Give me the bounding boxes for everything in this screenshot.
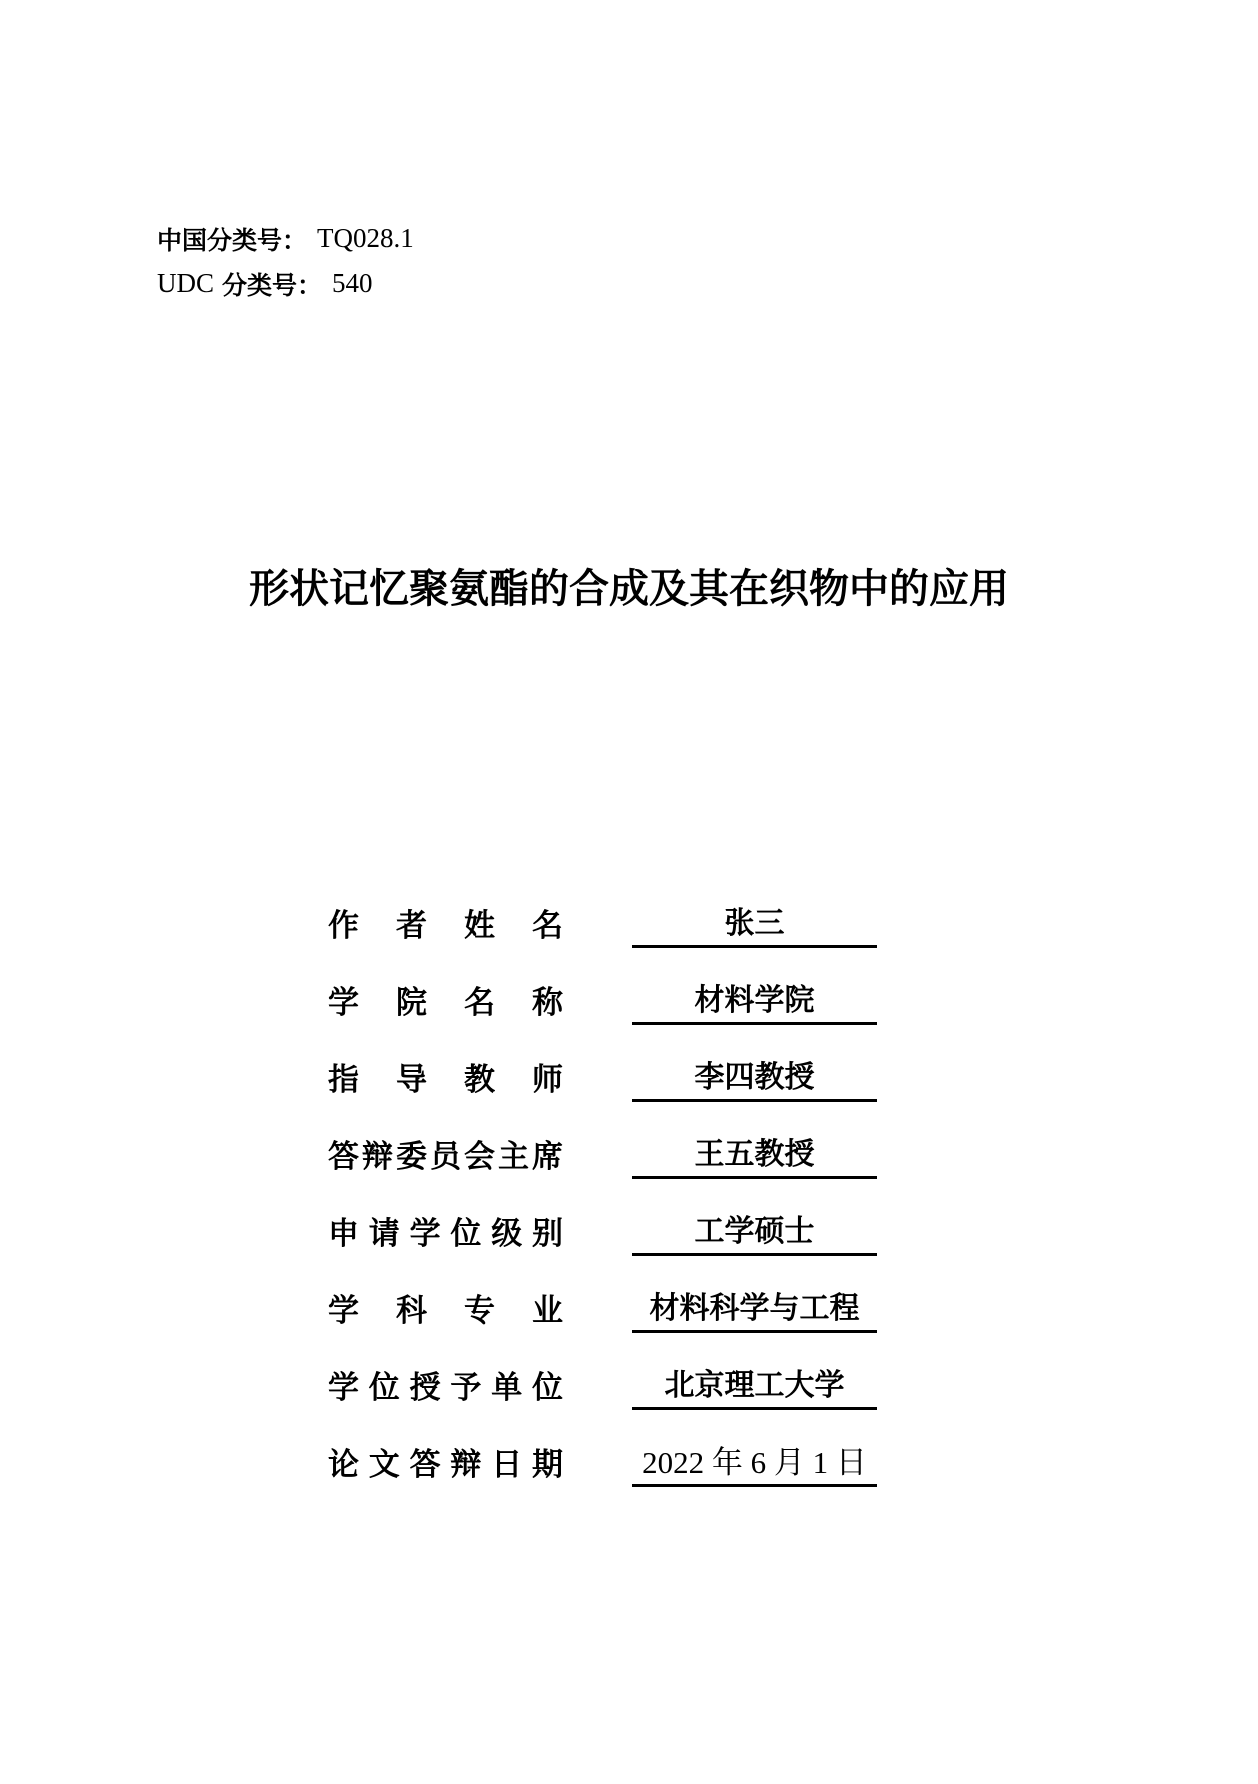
form-row: 作者姓名 张三 [328, 871, 877, 948]
field-label-degree-level: 申请学位级别 [328, 1179, 563, 1256]
field-gap [563, 1410, 632, 1487]
field-label-discipline: 学科专业 [328, 1256, 563, 1333]
field-label-defense-chair: 答辩委员会主席 [328, 1102, 563, 1179]
udc-classification-label: 分类号： [222, 266, 322, 302]
field-value-defense-date: 2022 年 6 月 1 日 [632, 1410, 877, 1487]
udc-classification-value: 540 [332, 268, 373, 299]
field-gap [563, 1025, 632, 1102]
cn-classification-line: 中国分类号： TQ028.1 [157, 216, 414, 261]
field-label-degree-granting-unit: 学位授予单位 [328, 1333, 563, 1410]
cn-classification-value: TQ028.1 [317, 223, 414, 254]
form-row: 申请学位级别 工学硕士 [328, 1179, 877, 1256]
field-value-degree-granting-unit: 北京理工大学 [632, 1333, 877, 1410]
field-value-school-name: 材料学院 [632, 948, 877, 1025]
field-value-discipline: 材料科学与工程 [632, 1256, 877, 1333]
field-gap [563, 871, 632, 948]
field-gap [563, 1333, 632, 1410]
udc-prefix: UDC [157, 268, 214, 299]
field-value-supervisor: 李四教授 [632, 1025, 877, 1102]
form-row: 学科专业 材料科学与工程 [328, 1256, 877, 1333]
thesis-cover-page: 中国分类号： TQ028.1 UDC 分类号： 540 形状记忆聚氨酯的合成及其… [0, 0, 1258, 1784]
field-label-supervisor: 指导教师 [328, 1025, 563, 1102]
field-label-defense-date: 论文答辩日期 [328, 1410, 563, 1487]
form-row: 学院名称 材料学院 [328, 948, 877, 1025]
classification-block: 中国分类号： TQ028.1 UDC 分类号： 540 [157, 216, 414, 306]
field-label-school-name: 学院名称 [328, 948, 563, 1025]
field-gap [563, 1102, 632, 1179]
thesis-title: 形状记忆聚氨酯的合成及其在织物中的应用 [0, 563, 1258, 615]
field-gap [563, 1179, 632, 1256]
field-gap [563, 948, 632, 1025]
field-value-degree-level: 工学硕士 [632, 1179, 877, 1256]
form-row: 答辩委员会主席 王五教授 [328, 1102, 877, 1179]
cover-form: 作者姓名 张三 学院名称 材料学院 指导教师 李四教授 答辩委员会主席 王五教授… [328, 871, 877, 1487]
field-label-author-name: 作者姓名 [328, 871, 563, 948]
form-row: 论文答辩日期 2022 年 6 月 1 日 [328, 1410, 877, 1487]
field-value-defense-chair: 王五教授 [632, 1102, 877, 1179]
field-value-author-name: 张三 [632, 871, 877, 948]
form-row: 学位授予单位 北京理工大学 [328, 1333, 877, 1410]
cn-classification-label: 中国分类号： [157, 221, 307, 257]
field-gap [563, 1256, 632, 1333]
udc-classification-line: UDC 分类号： 540 [157, 261, 414, 306]
form-row: 指导教师 李四教授 [328, 1025, 877, 1102]
